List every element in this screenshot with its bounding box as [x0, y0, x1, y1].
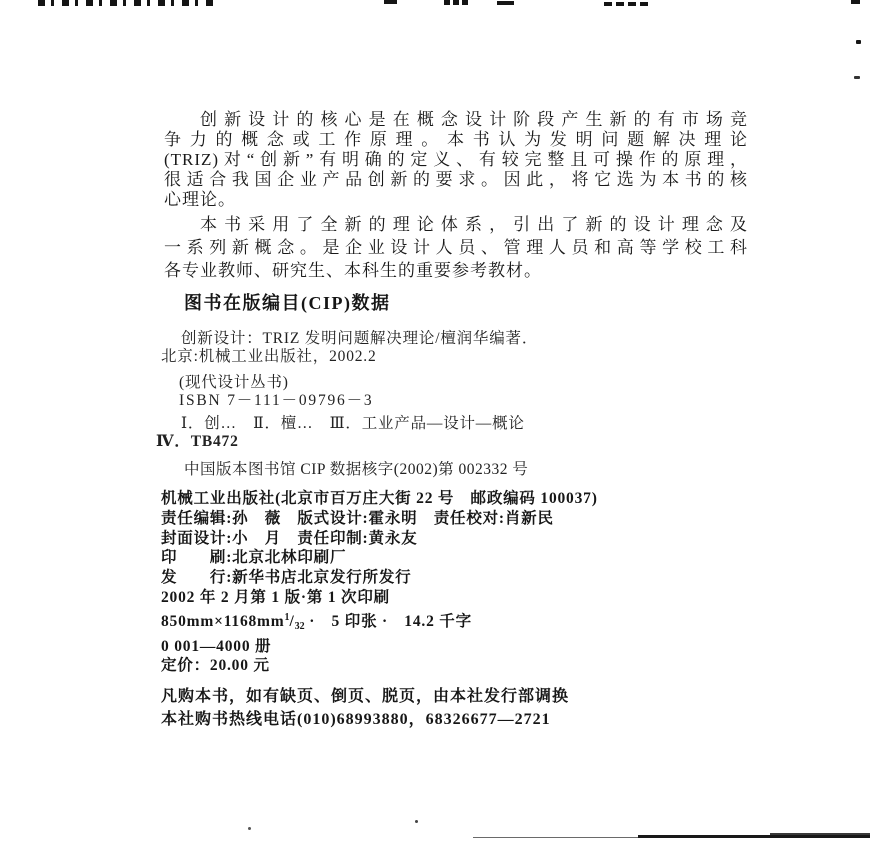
- editor-line: 责任编辑:孙 薇 版式设计:霍永明 责任校对:肖新民: [161, 509, 761, 529]
- intro-line: 心理论。: [164, 190, 748, 210]
- replacement-note: 凡购本书，如有缺页、倒页、脱页，由本社发行部调换: [161, 686, 781, 709]
- intro-line: 一系列新概念。是企业设计人员、管理人员和高等学校工科: [164, 236, 748, 259]
- scan-edge-line: [638, 835, 870, 838]
- cutoff-text-artifact: [497, 1, 514, 5]
- edition-line: 2002 年 2 月第 1 版·第 1 次印刷: [161, 588, 761, 608]
- cip-isbn: ISBN 7－111－09796－3: [179, 388, 373, 410]
- intro-line: 争力的概念或工作原理。本书认为发明问题解决理论: [164, 130, 748, 150]
- distribution-line: 发 行:新华书店北京发行所发行: [161, 568, 761, 588]
- cutoff-text-artifact: [384, 0, 397, 4]
- ink-speck: [856, 40, 861, 44]
- ink-speck: [415, 820, 418, 823]
- cip-classification-line-2: Ⅳ．TB472: [156, 429, 239, 451]
- intro-paragraph-1: 创新设计的核心是在概念设计阶段产生新的有市场竞 争力的概念或工作原理。本书认为发…: [164, 110, 748, 210]
- cip-record-number: 中国版本图书馆 CIP 数据核字(2002)第 002332 号: [184, 457, 528, 479]
- ink-speck: [248, 827, 251, 830]
- cip-entry-line-2: 北京:机械工业出版社，2002.2: [161, 344, 377, 366]
- intro-paragraph-2: 本书采用了全新的理论体系，引出了新的设计理念及 一系列新概念。是企业设计人员、管…: [164, 213, 748, 282]
- cip-heading: 图书在版编目(CIP)数据: [184, 289, 391, 315]
- format-rest: · 5 印张 · 14.2 千字: [305, 613, 472, 630]
- intro-line: (TRIZ)对“创新”有明确的定义、有较完整且可操作的原理，: [164, 150, 748, 170]
- notes-section: 凡购本书，如有缺页、倒页、脱页，由本社发行部调换 本社购书热线电话(010)68…: [161, 686, 781, 731]
- ink-speck: [854, 76, 860, 79]
- colophon-section: 机械工业出版社(北京市百万庄大街 22 号 邮政编码 100037) 责任编辑:…: [161, 489, 761, 676]
- scanned-book-page: 创新设计的核心是在概念设计阶段产生新的有市场竞 争力的概念或工作原理。本书认为发…: [0, 0, 870, 842]
- format-base: 850mm×1168mm: [161, 613, 284, 630]
- cutoff-text-artifact: [38, 0, 218, 6]
- format-line: 850mm×1168mm1/32 · 5 印张 · 14.2 千字: [161, 608, 761, 637]
- intro-line: 创新设计的核心是在概念设计阶段产生新的有市场竞: [164, 110, 748, 130]
- publisher-line: 机械工业出版社(北京市百万庄大街 22 号 邮政编码 100037): [161, 489, 761, 509]
- cover-design-line: 封面设计:小 月 责任印制:黄永友: [161, 529, 761, 549]
- print-run-line: 0 001—4000 册: [161, 637, 761, 657]
- cutoff-text-artifact: [851, 0, 860, 4]
- intro-section: 创新设计的核心是在概念设计阶段产生新的有市场竞 争力的概念或工作原理。本书认为发…: [164, 110, 748, 282]
- price-line: 定价：20.00 元: [161, 656, 761, 676]
- printer-line: 印 刷:北京北林印刷厂: [161, 548, 761, 568]
- scan-edge-line: [770, 833, 870, 835]
- cutoff-text-artifact: [444, 0, 470, 5]
- intro-line: 各专业教师、研究生、本科生的重要参考教材。: [164, 259, 748, 282]
- hotline-note: 本社购书热线电话(010)68993880，68326677—2721: [161, 709, 781, 732]
- scan-edge-line: [473, 837, 643, 838]
- cutoff-text-artifact: [604, 2, 650, 6]
- intro-line: 本书采用了全新的理论体系，引出了新的设计理念及: [164, 213, 748, 236]
- format-denominator: 32: [295, 621, 305, 632]
- intro-line: 很适合我国企业产品创新的要求。因此，将它选为本书的核: [164, 170, 748, 190]
